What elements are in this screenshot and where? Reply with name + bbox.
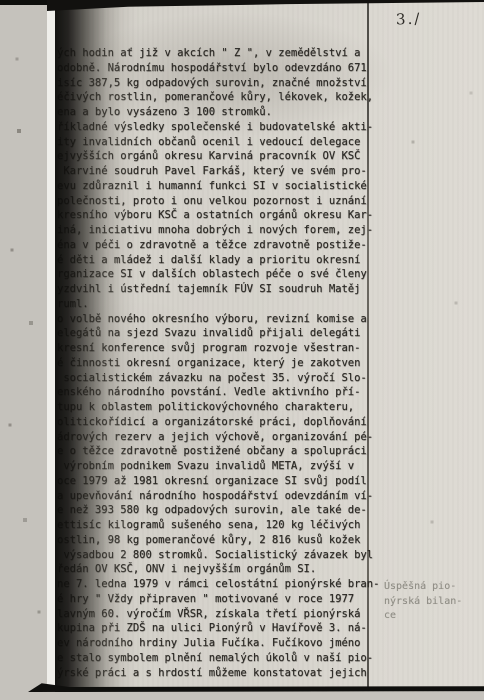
text-line: ých hodin ať již v akcích " Z ", v zeměd… bbox=[57, 46, 387, 61]
text-line: kresní konference svůj program rozvoje v… bbox=[57, 341, 387, 356]
scanned-document-page: ých hodin ať již v akcích " Z ", v zeměd… bbox=[0, 0, 484, 700]
handwritten-page-number: 3./ bbox=[396, 10, 422, 29]
text-line: e stalo symbolem plnění nemalých úkolů v… bbox=[57, 651, 387, 666]
text-line: enského národního povstání. Vedle aktivn… bbox=[57, 385, 387, 400]
text-line: ettisíc kilogramů sušeného sena, 120 kg … bbox=[57, 518, 387, 533]
text-line: éna v péči o zdravotně a těžce zdravotně… bbox=[57, 238, 387, 253]
text-line: ne 7. ledna 1979 v rámci celostátní pion… bbox=[57, 577, 387, 592]
text-line: ity invalidních občanů ocenil i vedoucí … bbox=[57, 135, 387, 150]
typewritten-text: ých hodin ať již v akcích " Z ", v zeměd… bbox=[57, 46, 387, 680]
text-line: rganizace SI v dalších oblastech péče o … bbox=[57, 267, 387, 282]
margin-note-line: ce bbox=[384, 609, 462, 624]
scan-top-edge-left bbox=[0, 0, 47, 5]
text-line: é hry " Vždy připraven " motivované v ro… bbox=[57, 592, 387, 607]
text-line: kresního výboru KSČ a ostatních orgánů o… bbox=[57, 208, 387, 223]
text-line: socialistickém závazku na počest 35. výr… bbox=[57, 371, 387, 386]
text-line: ev národního hrdiny Julia Fučíka. Fučíko… bbox=[57, 636, 387, 651]
text-line: éčivých rostlin, pomerančové kůry, lékov… bbox=[57, 90, 387, 105]
text-line: polečnosti, proto i onu velkou pozornost… bbox=[57, 194, 387, 209]
text-line: é děti a mládež i další klady a prioritu… bbox=[57, 253, 387, 268]
text-line: ýrské práci a s hrdostí můžeme konstatov… bbox=[57, 666, 387, 681]
page-edge-highlight bbox=[47, 2, 56, 692]
text-line: ředán OV KSČ, ONV i nejvyšším orgánům SI… bbox=[57, 562, 387, 577]
text-line: e o těžce zdravotně postižené občany a s… bbox=[57, 444, 387, 459]
text-line: iná, iniciativu mnoha dobrých i nových f… bbox=[57, 223, 387, 238]
text-line: oce 1979 až 1981 okresní organizace SI s… bbox=[57, 474, 387, 489]
text-line: ena a bylo vysázeno 3 100 stromků. bbox=[57, 105, 387, 120]
text-line: e než 393 580 kg odpadových surovin, ale… bbox=[57, 503, 387, 518]
margin-annotation: Úspěšná pio-nýrská bilan-ce bbox=[384, 580, 462, 624]
text-line: evu zdůraznil i humanní funkci SI v soci… bbox=[57, 179, 387, 194]
text-line: tupu k oblastem politickovýchovného char… bbox=[57, 400, 387, 415]
text-line: a upevňování národního hospodářství odev… bbox=[57, 489, 387, 504]
text-line: lavným 60. výročím VŘSR, získala třetí p… bbox=[57, 607, 387, 622]
text-line: ruml. bbox=[57, 297, 387, 312]
text-line: kupina při ZDŠ na ulici Pionýrů v Havířo… bbox=[57, 621, 387, 636]
text-line: yzdvihl i ústřední tajemník FÚV SI soudr… bbox=[57, 282, 387, 297]
text-line: říkladné výsledky společenské i budovate… bbox=[57, 120, 387, 135]
text-line: o volbě nového okresního výboru, revizní… bbox=[57, 312, 387, 327]
text-line: výrobním podnikem Svazu invalidů META, z… bbox=[57, 459, 387, 474]
text-line: výsadbou 2 800 stromků. Socialistický zá… bbox=[57, 548, 387, 563]
text-line: é činnosti okresní organizace, který je … bbox=[57, 356, 387, 371]
text-line: ostlin, 98 kg pomerančové kůry, 2 816 ku… bbox=[57, 533, 387, 548]
text-line: ádrových rezerv a jejich výchově, organi… bbox=[57, 430, 387, 445]
text-line: Karviné soudruh Pavel Farkáš, který ve s… bbox=[57, 164, 387, 179]
text-line: isíc 387,5 kg odpadových surovin, značné… bbox=[57, 76, 387, 91]
text-line: ejvyšších orgánů okresu Karviná pracovní… bbox=[57, 149, 387, 164]
text-line: olitickořídicí a organizátorské práci, d… bbox=[57, 415, 387, 430]
text-line: odobně. Národnímu hospodářství bylo odev… bbox=[57, 61, 387, 76]
text-line: elegátů na sjezd Svazu invalidů přijali … bbox=[57, 326, 387, 341]
margin-note-line: Úspěšná pio- bbox=[384, 580, 462, 595]
margin-note-line: nýrská bilan- bbox=[384, 595, 462, 610]
